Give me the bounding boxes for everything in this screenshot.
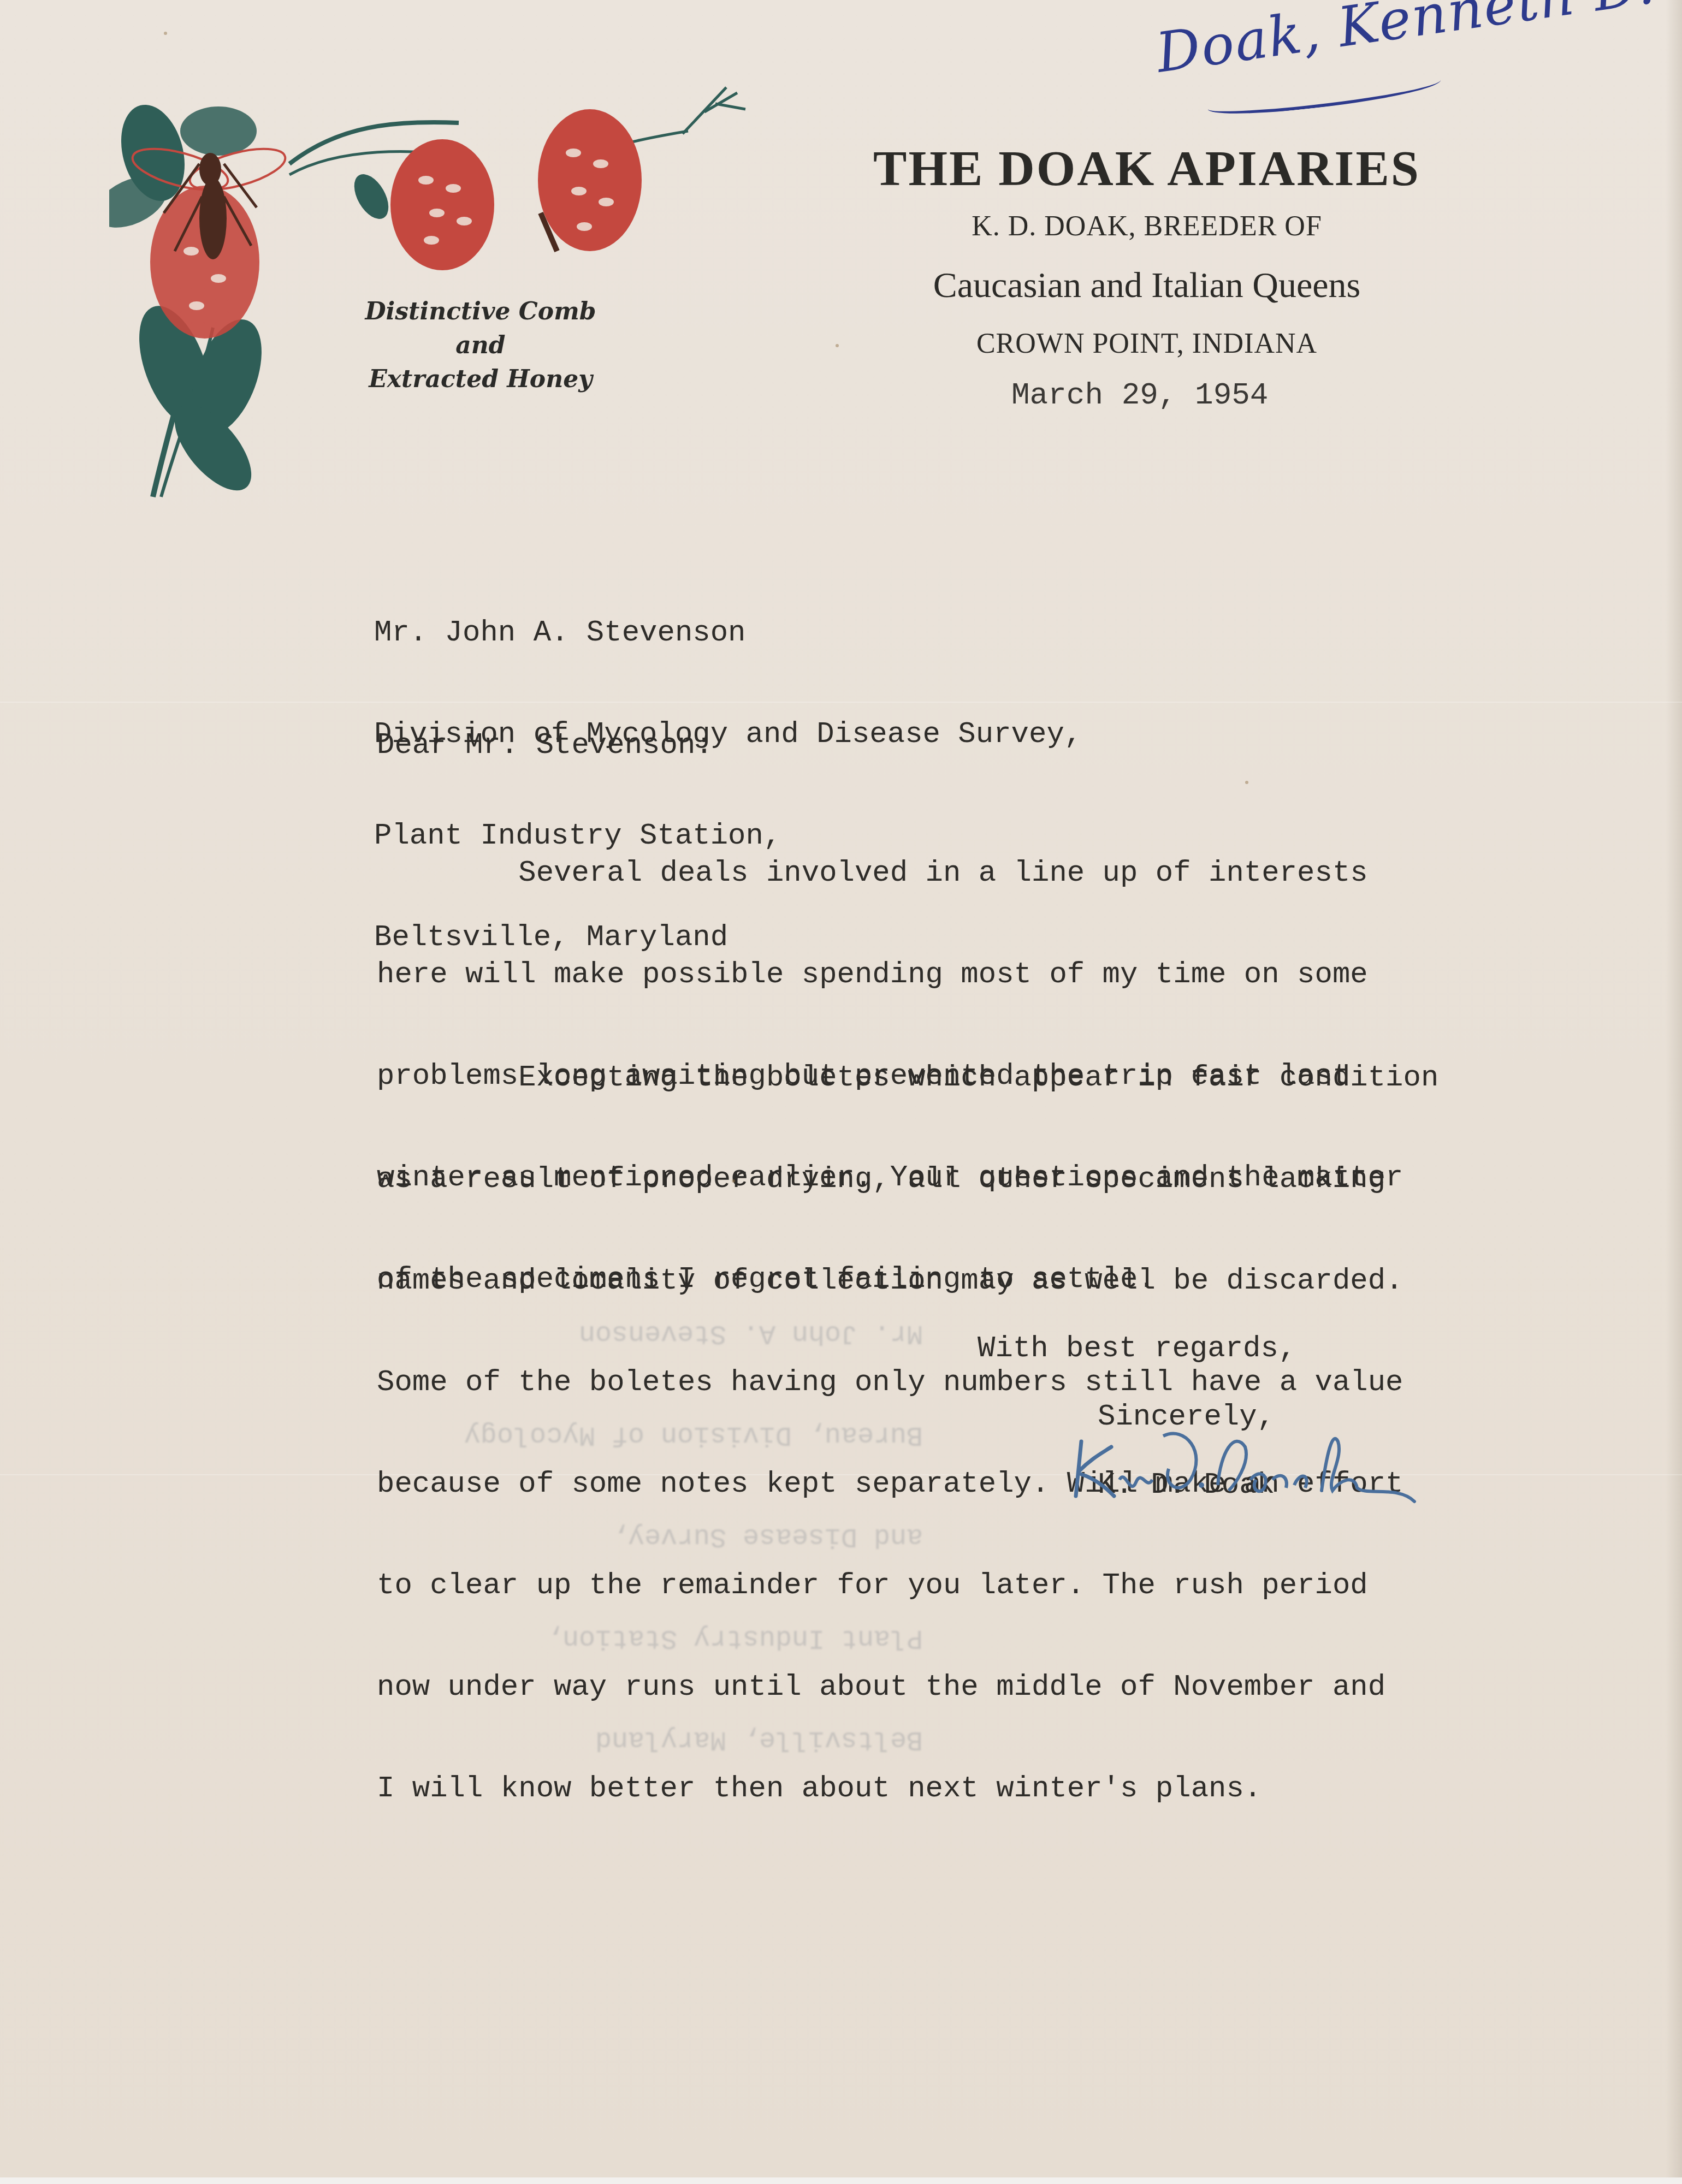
tagline-line: Extracted Honey xyxy=(350,363,612,396)
show-through-line: Mr. John A. Stevenson xyxy=(240,1316,923,1350)
body-line: Several deals involved in a line up of i… xyxy=(377,857,1403,891)
letterhead-product-line: Caucasian and Italian Queens xyxy=(792,265,1502,306)
letter-date: March 29, 1954 xyxy=(1011,378,1268,413)
show-through-text: Beltsville, Maryland Plant Industry Stat… xyxy=(240,1649,923,1824)
body-line: here will make possible spending most of… xyxy=(377,958,1403,992)
tagline-line: and xyxy=(350,329,612,363)
letterhead-location: CROWN POINT, INDIANA xyxy=(792,328,1502,360)
bee-on-clover-icon xyxy=(109,71,846,508)
show-through-line: Beltsville, Maryland xyxy=(240,1722,923,1756)
scan-border xyxy=(0,2177,1682,2184)
letterhead-title: THE DOAK APIARIES xyxy=(792,139,1502,197)
show-through-line: Bureau, Division of Mycology xyxy=(240,1417,923,1451)
show-through-line: Plant Industry Station, xyxy=(240,1621,923,1654)
letterhead-tagline: Distinctive Comb and Extracted Honey xyxy=(350,295,612,396)
tagline-line: Distinctive Comb xyxy=(350,295,612,329)
address-line: Mr. John A. Stevenson xyxy=(374,616,1082,650)
body-line: as a result of proper drying, all other … xyxy=(377,1163,1438,1197)
closing: With best regards, xyxy=(978,1332,1296,1366)
letter-page: Doak, Kenneth D. xyxy=(0,0,1682,2184)
body-line: Excepting the boletes which appear in fa… xyxy=(377,1061,1438,1095)
letterhead-breeder-line: K. D. DOAK, BREEDER OF xyxy=(792,210,1502,242)
handwritten-archive-note: Doak, Kenneth D. xyxy=(1152,0,1659,85)
show-through-line: and Disease Survey, xyxy=(240,1519,923,1553)
handwritten-signature: K. D. Doak xyxy=(1070,1420,1420,1507)
salutation: Dear Mr. Stevenson: xyxy=(377,729,713,762)
handwritten-underline xyxy=(1206,70,1442,120)
paper-edge-shadow xyxy=(1666,0,1682,2184)
